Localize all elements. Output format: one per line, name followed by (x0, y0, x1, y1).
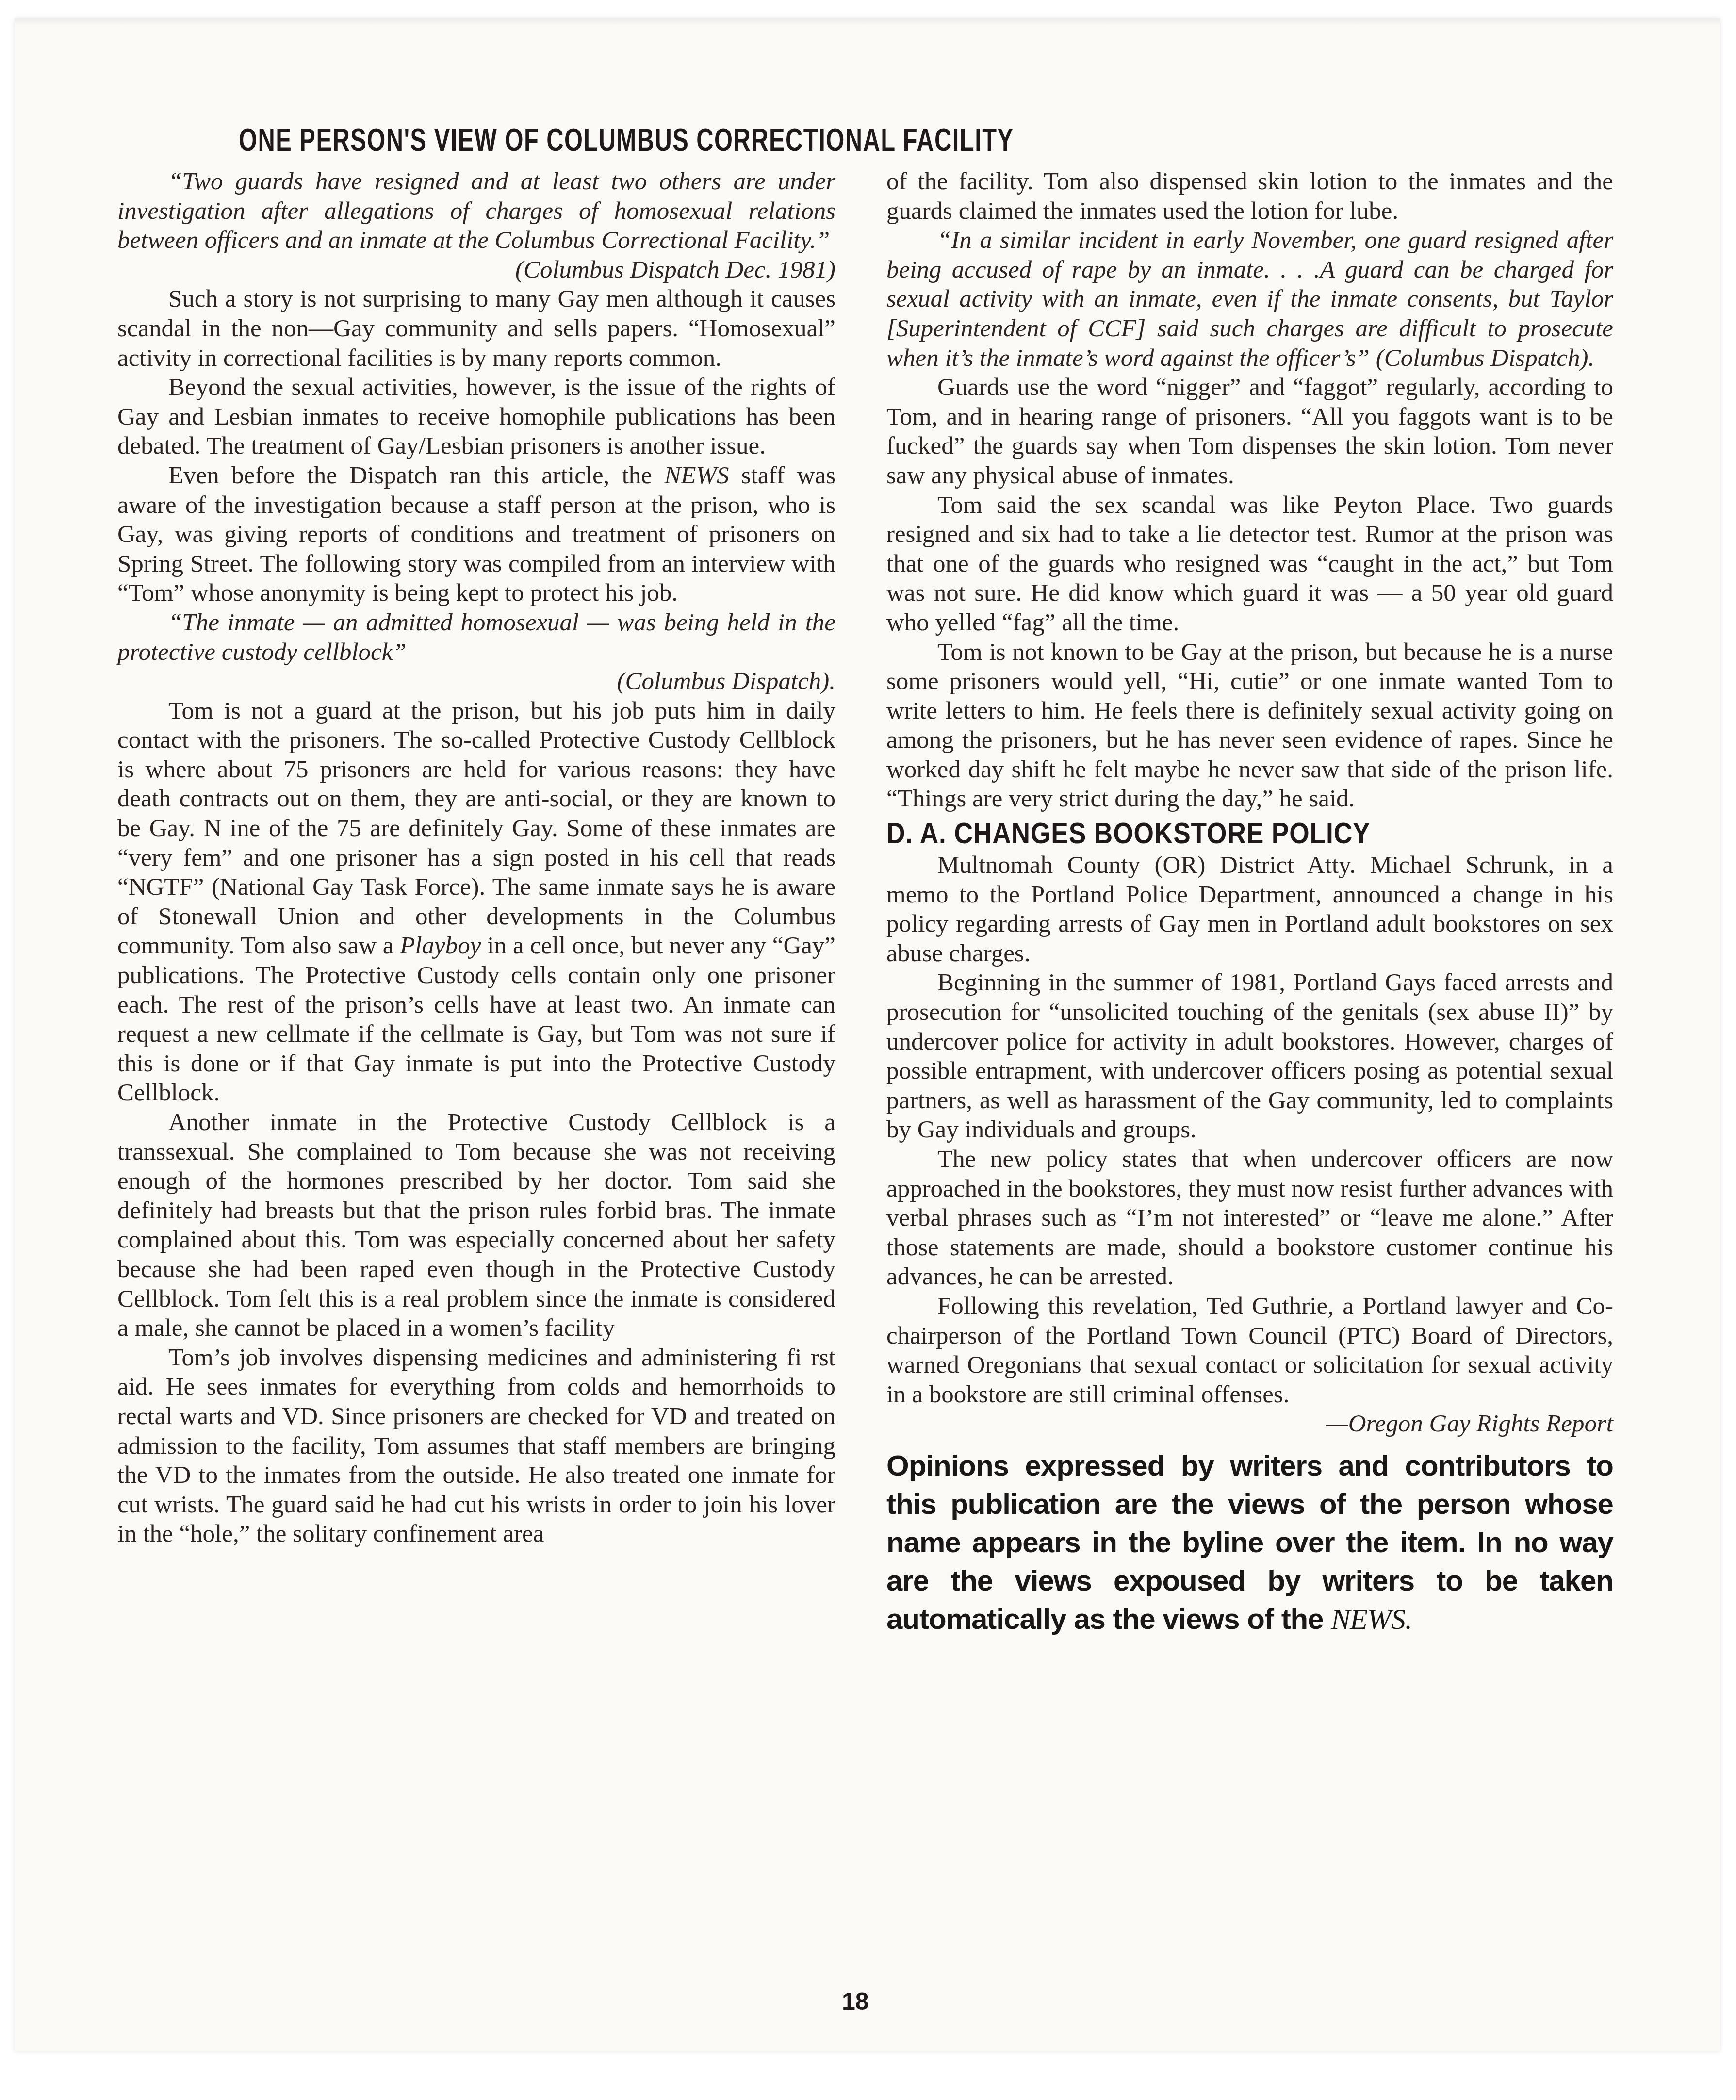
newsletter-page: ONE PERSON'S VIEW OF COLUMBUS CORRECTION… (15, 18, 1720, 2051)
source-credit: —Oregon Gay Rights Report (886, 1409, 1613, 1439)
body-paragraph: Tom’s job involves dispensing medicines … (117, 1343, 835, 1549)
left-column: “Two guards have resigned and at least t… (117, 167, 835, 1549)
body-paragraph: Beginning in the summer of 1981, Portlan… (886, 968, 1613, 1145)
dispatch-quote: “The inmate — an admitted homosexual — w… (117, 608, 835, 667)
quote-citation: (Columbus Dispatch Dec. 1981) (117, 255, 835, 285)
quote-citation: (Columbus Dispatch). (117, 667, 835, 696)
body-paragraph: Tom is not a guard at the prison, but hi… (117, 696, 835, 1108)
publication-name: NEWS (664, 462, 729, 489)
article-headline: ONE PERSON'S VIEW OF COLUMBUS CORRECTION… (239, 121, 957, 158)
body-paragraph: Tom is not known to be Gay at the prison… (886, 638, 1613, 814)
body-paragraph: Following this revelation, Ted Guthrie, … (886, 1292, 1613, 1409)
body-paragraph: Another inmate in the Protective Custody… (117, 1108, 835, 1343)
disclaimer-end: . (1405, 1603, 1412, 1635)
disclaimer-text: Opinions expressed by writers and contri… (886, 1449, 1613, 1635)
text-run: Even before the Dispatch ran this articl… (168, 462, 664, 489)
page-number: 18 (842, 1987, 869, 2016)
body-paragraph: Multnomah County (OR) District Atty. Mic… (886, 851, 1613, 968)
text-run: Tom is not a guard at the prison, but hi… (117, 697, 835, 960)
quote-citation: (Columbus Dispatch). (1370, 345, 1594, 372)
body-paragraph: Tom said the sex scandal was like Peyton… (886, 491, 1613, 638)
publication-name: NEWS (1331, 1603, 1405, 1635)
editorial-disclaimer: Opinions expressed by writers and contri… (886, 1446, 1613, 1639)
continued-paragraph: of the facility. Tom also dispensed skin… (886, 167, 1613, 226)
magazine-name: Playboy (400, 932, 481, 959)
body-paragraph: Such a story is not surprising to many G… (117, 284, 835, 373)
body-paragraph: Even before the Dispatch ran this articl… (117, 461, 835, 608)
body-paragraph: Guards use the word “nigger” and “faggot… (886, 373, 1613, 490)
second-article-headline: D. A. CHANGES BOOKSTORE POLICY (886, 817, 1511, 851)
body-paragraph: The new policy states that when undercov… (886, 1145, 1613, 1292)
body-paragraph: Beyond the sexual activities, however, i… (117, 373, 835, 461)
opening-quote: “Two guards have resigned and at least t… (117, 167, 835, 255)
right-column: of the facility. Tom also dispensed skin… (886, 167, 1613, 1639)
dispatch-quote: “In a similar incident in early November… (886, 226, 1613, 373)
